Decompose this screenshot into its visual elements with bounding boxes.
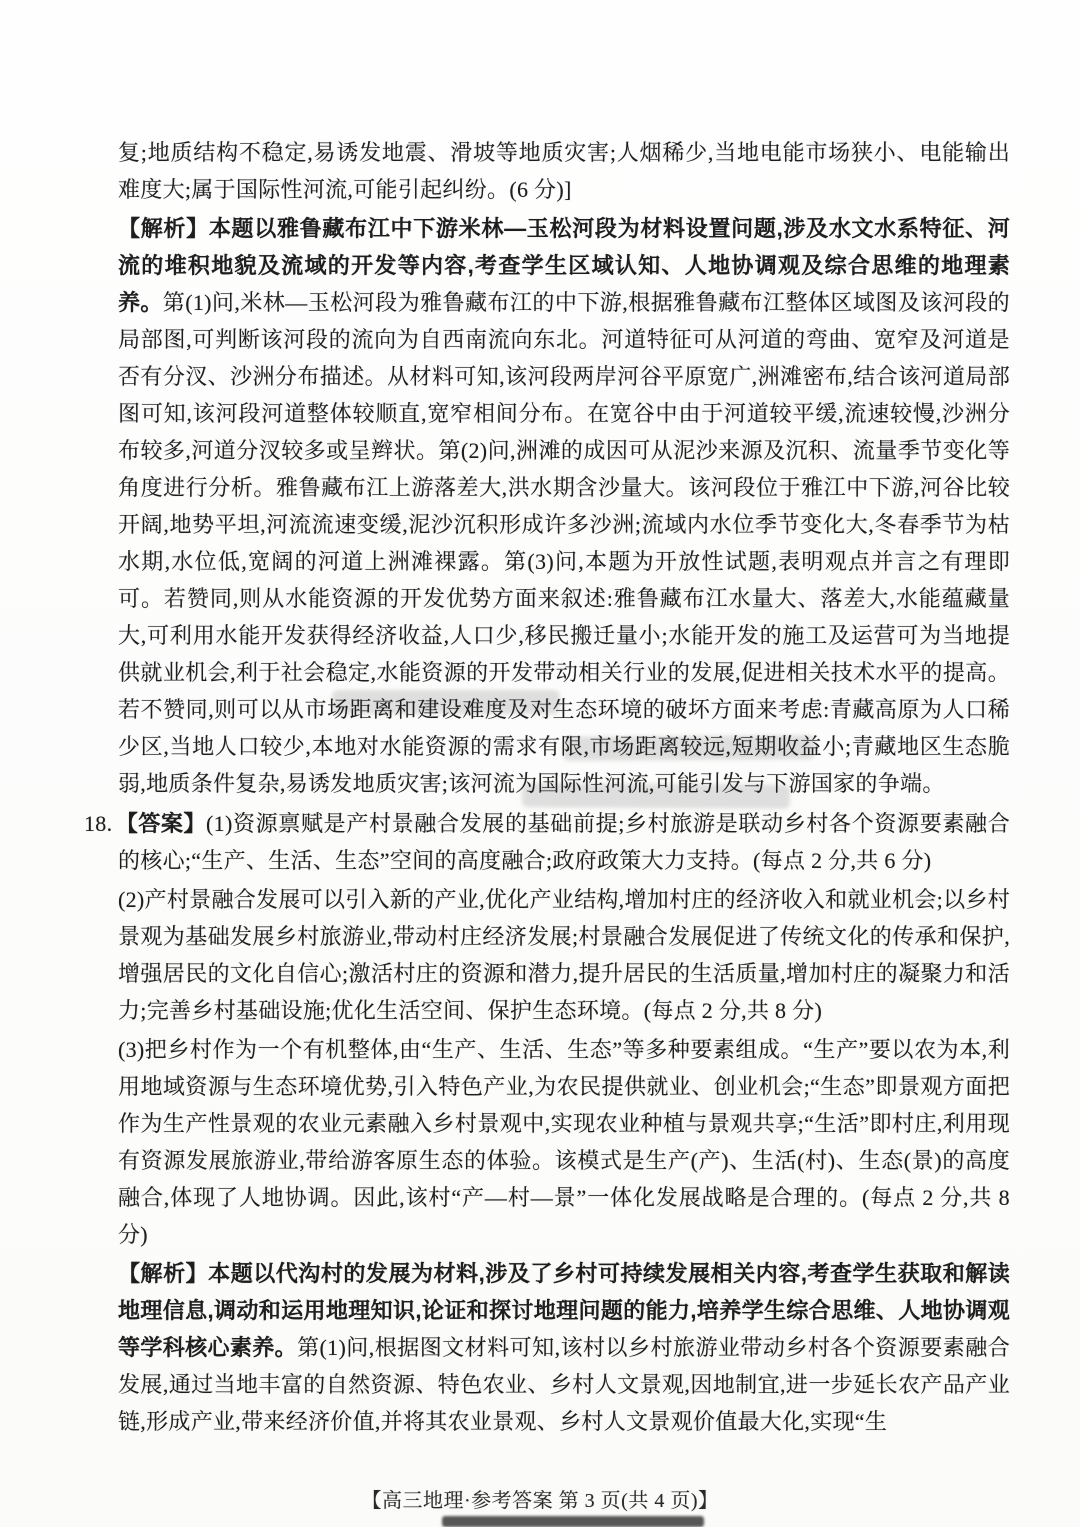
answer-18-label: 【答案】 [115,811,206,836]
analysis-18-label: 【解析】 [118,1261,208,1286]
scanned-answer-page: 复;地质结构不稳定,易诱发地震、滑坡等地质灾害;人烟稀少,当地电能市场狭小、电能… [0,0,1080,1527]
answer-18-part1-text: (1)资源禀赋是产村景融合发展的基础前提;乡村旅游是联动乡村各个资源要素融合的核… [118,811,1010,873]
question-18-number: 18. [84,811,115,836]
analysis-17-body: 第(1)问,米林—玉松河段为雅鲁藏布江的中下游,根据雅鲁藏布江整体区域图及该河段… [118,290,1010,796]
answer-18-part1: 18.【答案】(1)资源禀赋是产村景融合发展的基础前提;乡村旅游是联动乡村各个资… [118,805,1010,879]
page-footer: 【高三地理·参考答案 第 3 页(共 4 页)】 [0,1484,1080,1513]
analysis-17-paragraph: 【解析】本题以雅鲁藏布江中下游米林—玉松河段为材料设置问题,涉及水文水系特征、河… [118,210,1010,802]
answer-17-continuation-text: 复;地质结构不稳定,易诱发地震、滑坡等地质灾害;人烟稀少,当地电能市场狭小、电能… [118,140,1010,202]
analysis-17-label: 【解析】 [118,216,209,241]
answer-17-continuation: 复;地质结构不稳定,易诱发地震、滑坡等地质灾害;人烟稀少,当地电能市场狭小、电能… [118,134,1010,208]
analysis-18-paragraph: 【解析】本题以代沟村的发展为材料,涉及了乡村可持续发展相关内容,考查学生获取和解… [118,1255,1010,1440]
answer-18-part2-text: (2)产村景融合发展可以引入新的产业,优化产业结构,增加村庄的经济收入和就业机会… [118,887,1010,1023]
answer-18-part3-text: (3)把乡村作为一个有机整体,由“生产、生活、生态”等多种要素组成。“生产”要以… [118,1037,1010,1247]
page-content: 复;地质结构不稳定,易诱发地震、滑坡等地质灾害;人烟稀少,当地电能市场狭小、电能… [118,134,1010,1440]
scan-edge-artifact [442,1516,704,1527]
answer-18-part3: (3)把乡村作为一个有机整体,由“生产、生活、生态”等多种要素组成。“生产”要以… [118,1031,1010,1253]
question-18-block: 18.【答案】(1)资源禀赋是产村景融合发展的基础前提;乡村旅游是联动乡村各个资… [118,805,1010,1440]
answer-18-part2: (2)产村景融合发展可以引入新的产业,优化产业结构,增加村庄的经济收入和就业机会… [118,881,1010,1029]
